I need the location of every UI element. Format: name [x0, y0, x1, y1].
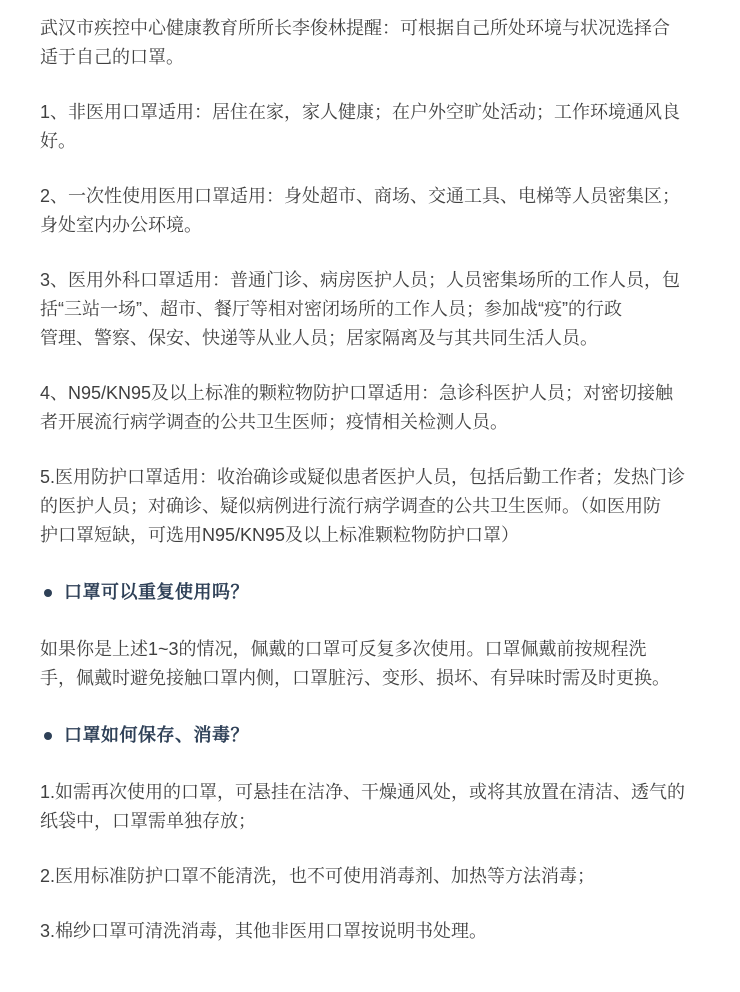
mask-guide-item-2: 2、一次性使用医用口罩适用：身处超市、商场、交通工具、电梯等人员密集区； 身处室… — [40, 182, 700, 240]
mask-guide-item-3: 3、医用外科口罩适用：普通门诊、病房医护人员；人员密集场所的工作人员，包 括“三… — [40, 266, 700, 353]
intro-paragraph: 武汉市疾控中心健康教育所所长李俊林提醒：可根据自己所处环境与状况选择合 适于自己… — [40, 14, 700, 72]
question-reuse-heading: 口罩可以重复使用吗？ — [40, 578, 700, 607]
mask-guide-item-1: 1、非医用口罩适用：居住在家，家人健康；在户外空旷处活动；工作环境通风良 好。 — [40, 98, 700, 156]
mask-guide-item-4: 4、N95/KN95及以上标准的颗粒物防护口罩适用：急诊科医护人员；对密切接触 … — [40, 379, 700, 437]
storage-item-2: 2.医用标准防护口罩不能清洗，也不可使用消毒剂、加热等方法消毒； — [40, 862, 700, 891]
article-page: 武汉市疾控中心健康教育所所长李俊林提醒：可根据自己所处环境与状况选择合 适于自己… — [0, 0, 740, 992]
question-storage-heading: 口罩如何保存、消毒？ — [40, 721, 700, 750]
bullet-dot-icon — [44, 732, 52, 740]
storage-item-3: 3.棉纱口罩可清洗消毒，其他非医用口罩按说明书处理。 — [40, 917, 700, 946]
storage-item-1: 1.如需再次使用的口罩，可悬挂在洁净、干燥通风处，或将其放置在清洁、透气的 纸袋… — [40, 778, 700, 836]
question-reuse-answer: 如果你是上述1~3的情况，佩戴的口罩可反复多次使用。口罩佩戴前按规程洗 手，佩戴… — [40, 635, 700, 693]
bullet-dot-icon — [44, 589, 52, 597]
question-reuse-title: 口罩可以重复使用吗？ — [64, 578, 249, 607]
question-storage-title: 口罩如何保存、消毒？ — [64, 721, 249, 750]
mask-guide-item-5: 5.医用防护口罩适用：收治确诊或疑似患者医护人员，包括后勤工作者；发热门诊 的医… — [40, 463, 700, 550]
